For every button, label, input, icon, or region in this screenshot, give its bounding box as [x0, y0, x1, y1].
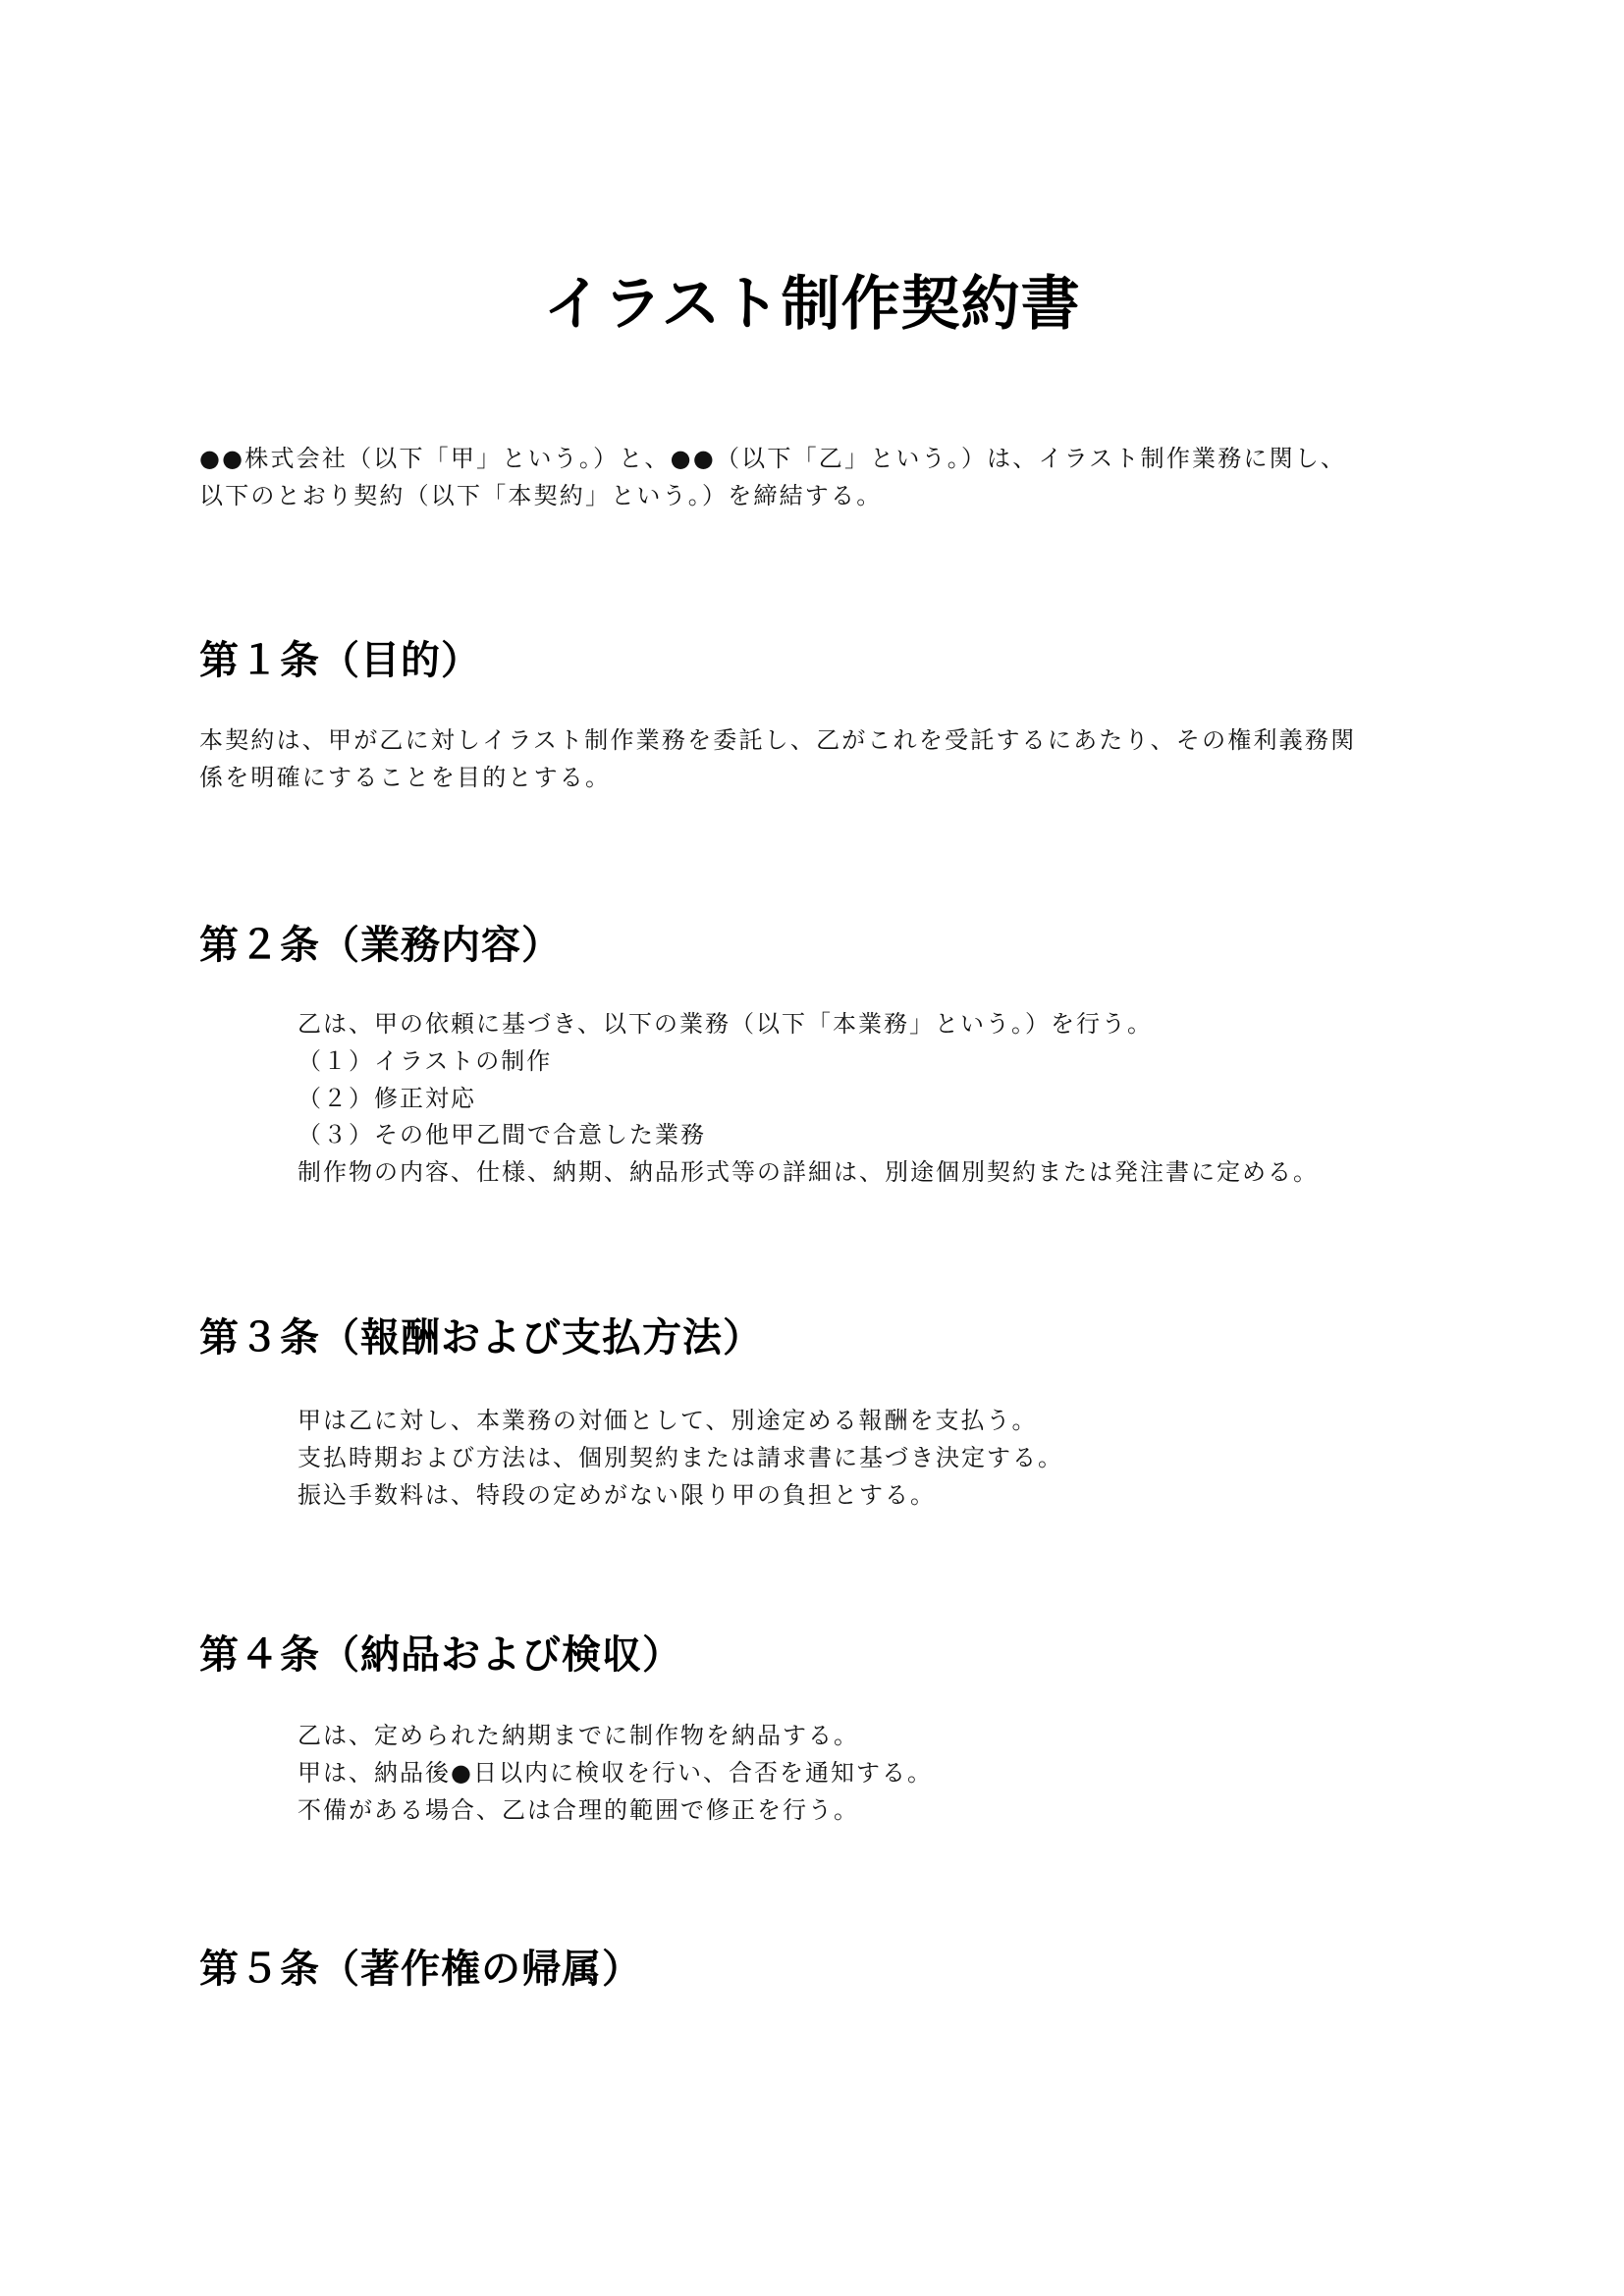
preamble-line: ●●株式会社（以下「甲」という。）と、●●（以下「乙」という。）は、イラスト制作… [199, 440, 1346, 477]
article-line: 乙は、定められた納期までに制作物を納品する。 [298, 1718, 933, 1755]
article-line: 本契約は、甲が乙に対しイラスト制作業務を委託し、乙がこれを受託するにあたり、その… [199, 721, 1356, 759]
article-line: 乙は、甲の依頼に基づき、以下の業務（以下「本業務」という。）を行う。 [298, 1006, 1319, 1043]
article-line: 支払時期および方法は、個別契約または請求書に基づき決定する。 [298, 1440, 1063, 1477]
article-list-item: （３）その他甲乙間で合意した業務 [298, 1117, 1319, 1154]
article-4-body: 乙は、定められた納期までに制作物を納品する。 甲は、納品後●日以内に検収を行い、… [298, 1718, 933, 1829]
document-title: イラスト制作契約書 [0, 267, 1624, 342]
article-line: 不備がある場合、乙は合理的範囲で修正を行う。 [298, 1792, 933, 1830]
article-list-item: （１）イラストの制作 [298, 1043, 1319, 1081]
article-4-heading: 第４条（納品および検収） [199, 1630, 682, 1680]
article-list-item: （２）修正対応 [298, 1081, 1319, 1118]
article-3-heading: 第３条（報酬および支払方法） [199, 1313, 763, 1362]
article-line: 振込手数料は、特段の定めがない限り甲の負担とする。 [298, 1477, 1063, 1515]
article-5-heading: 第５条（著作権の帰属） [199, 1945, 642, 1994]
article-line: 制作物の内容、仕様、納期、納品形式等の詳細は、別途個別契約または発注書に定める。 [298, 1154, 1319, 1192]
article-1-heading: 第１条（目的） [199, 636, 481, 685]
document-page: イラスト制作契約書 ●●株式会社（以下「甲」という。）と、●●（以下「乙」という… [0, 0, 1624, 2296]
article-line: 甲は、納品後●日以内に検収を行い、合否を通知する。 [298, 1755, 933, 1792]
article-2-heading: 第２条（業務内容） [199, 921, 562, 970]
article-line: 係を明確にすることを目的とする。 [199, 759, 1356, 796]
article-2-body: 乙は、甲の依頼に基づき、以下の業務（以下「本業務」という。）を行う。 （１）イラ… [298, 1006, 1319, 1192]
preamble-line: 以下のとおり契約（以下「本契約」という。）を締結する。 [199, 477, 1346, 514]
article-3-body: 甲は乙に対し、本業務の対価として、別途定める報酬を支払う。 支払時期および方法は… [298, 1403, 1063, 1514]
article-line: 甲は乙に対し、本業務の対価として、別途定める報酬を支払う。 [298, 1403, 1063, 1440]
preamble: ●●株式会社（以下「甲」という。）と、●●（以下「乙」という。）は、イラスト制作… [199, 440, 1346, 514]
article-1-body: 本契約は、甲が乙に対しイラスト制作業務を委託し、乙がこれを受託するにあたり、その… [199, 721, 1356, 796]
